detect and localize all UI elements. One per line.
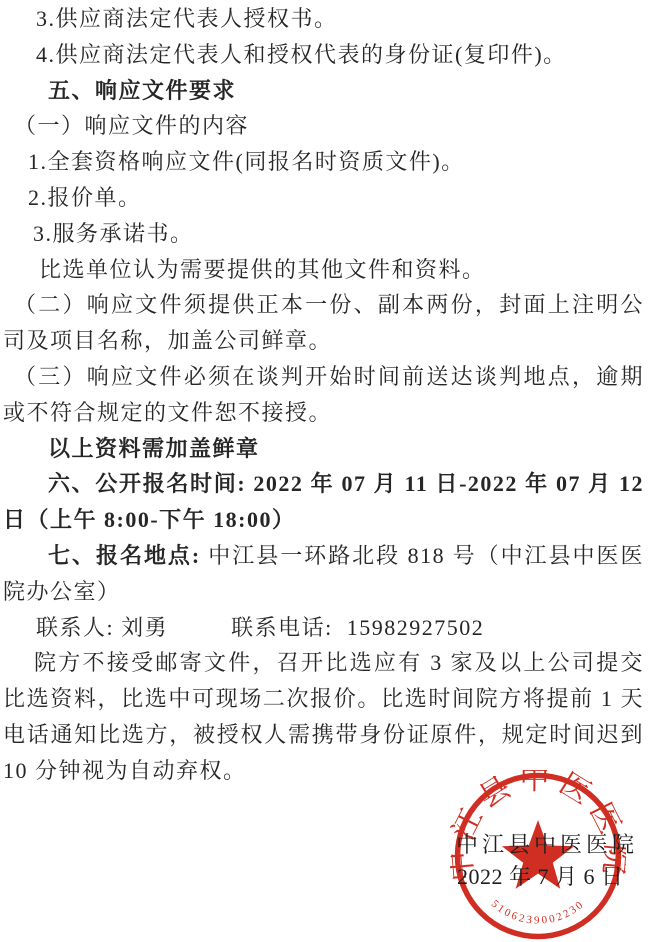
document-page: 3.供应商法定代表人授权书。 4.供应商法定代表人和授权代表的身份证(复印件)。… [0,0,650,942]
section-heading-5-response-docs: 五、响应文件要求 [3,73,644,109]
subsection-3-deadline-requirement: （三）响应文件必须在谈判开始时间前送达谈判地点，逾期或不符合规定的文件恕不接授。 [3,359,644,431]
content-item-1-qualification: 1.全套资格响应文件(同报名时资质文件)。 [3,144,644,180]
notice-paragraph: 院方不接受邮寄文件，召开比选应有 3 家及以上公司提交比选资料，比选中可现场二次… [3,645,644,788]
stamp-requirement-note: 以上资料需加盖鲜章 [3,431,644,467]
list-item-4-id-copies: 4.供应商法定代表人和授权代表的身份证(复印件)。 [3,37,644,73]
section-heading-7-registration-place: 七、报名地点: 中江县一环路北段 818 号（中江县中医医院办公室） [3,538,644,610]
content-item-2-quotation: 2.报价单。 [3,180,644,216]
document-body: 3.供应商法定代表人授权书。 4.供应商法定代表人和授权代表的身份证(复印件)。… [0,1,650,789]
signature-date: 2022 年 7 月 6 日 [457,860,624,891]
paragraph-other-documents: 比选单位认为需要提供的其他文件和资料。 [3,252,644,288]
subsection-1-content-heading: （一）响应文件的内容 [3,108,644,144]
signature-organization: 中江县中医医院 [456,828,638,859]
section-heading-6-registration-time: 六、公开报名时间: 2022 年 07 月 11 日-2022 年 07 月 1… [3,466,644,538]
list-item-3-authorization: 3.供应商法定代表人授权书。 [3,1,644,37]
registration-place-label: 七、报名地点: [48,543,208,568]
contact-line: 联系人: 刘勇 联系电话: 15982927502 [3,610,644,646]
subsection-2-copies-requirement: （二）响应文件须提供正本一份、副本两份，封面上注明公司及项目名称，加盖公司鲜章。 [3,287,644,359]
content-item-3-service-letter: 3.服务承诺书。 [3,216,644,252]
seal-serial-number: 5106239002230 [489,898,587,927]
